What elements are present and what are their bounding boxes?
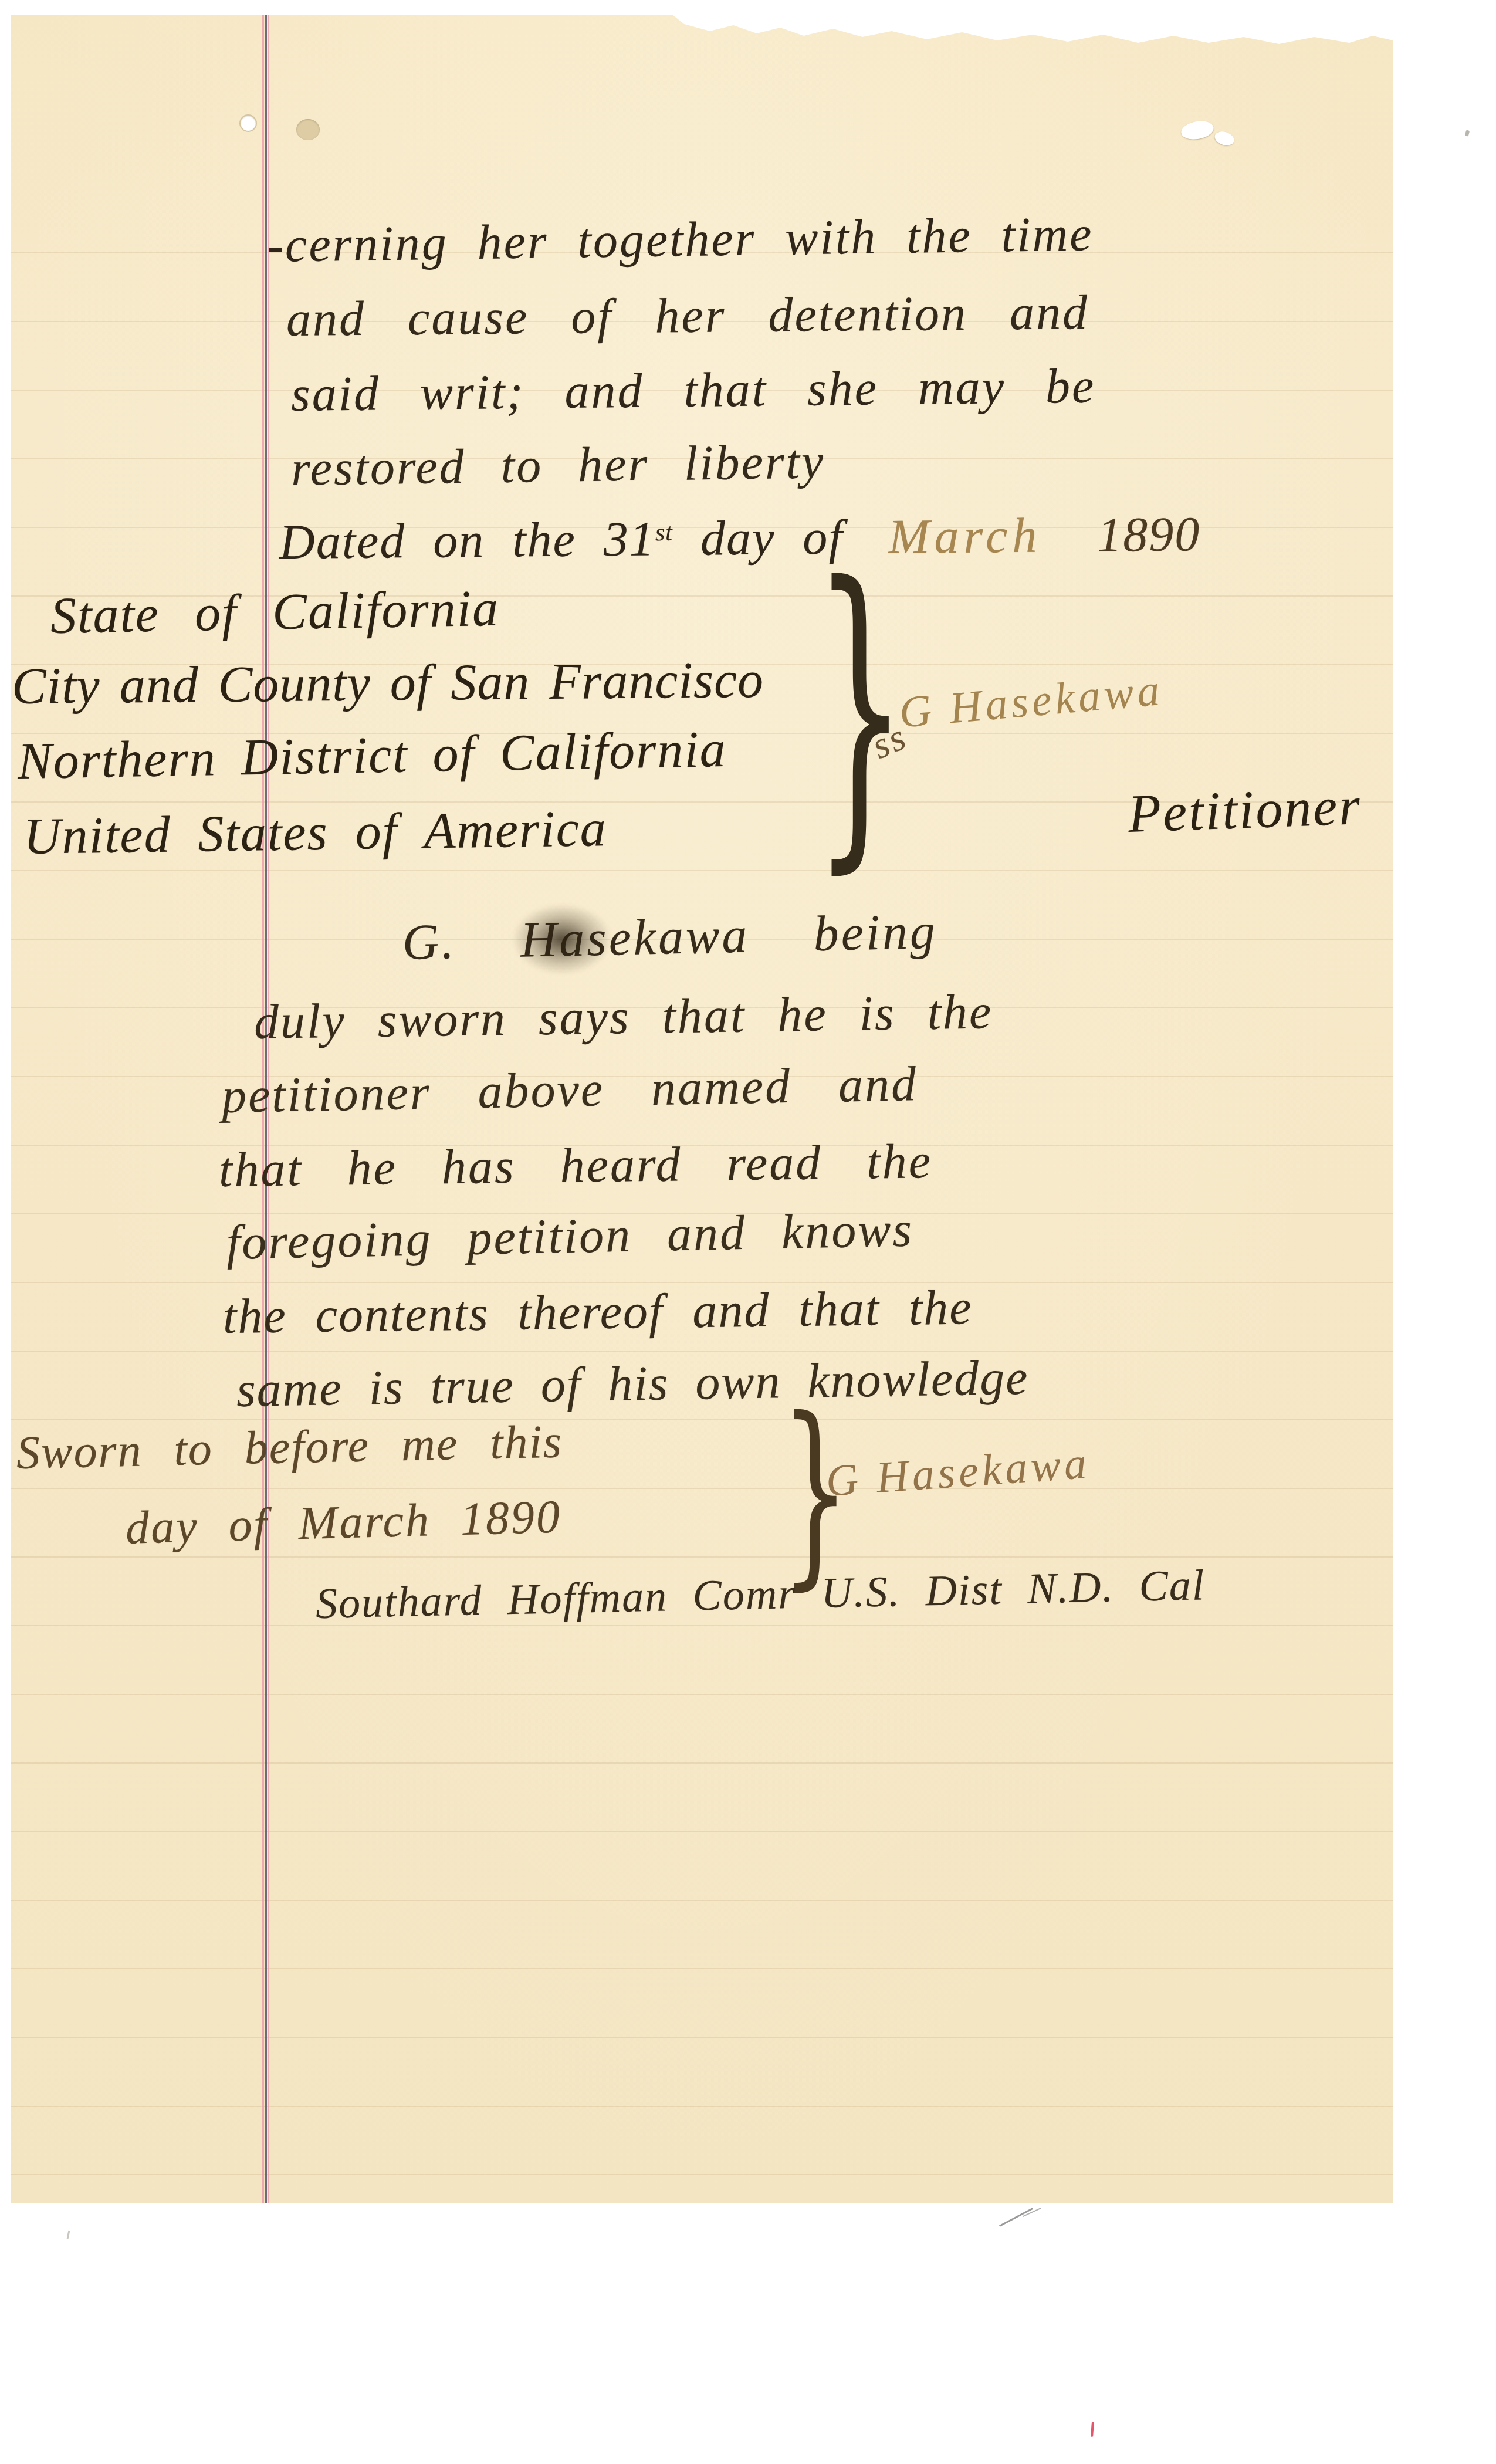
dated-ordinal: st: [655, 519, 673, 546]
affidavit-line: petitioner above named and: [221, 1060, 918, 1121]
venue-signature: G Hasekawa: [898, 668, 1165, 735]
jurat-signature: G Hasekawa: [824, 1441, 1091, 1504]
jurat-line: Sworn to before me this: [16, 1419, 563, 1477]
dated-prefix: Dated on the 31: [279, 512, 656, 570]
paper-nick: [1180, 119, 1215, 141]
punch-hole: [241, 116, 256, 131]
venue-line: City and County of San Francisco: [12, 655, 764, 713]
ink-blot: [512, 904, 612, 974]
body-line: said writ; and that she may be: [291, 362, 1096, 419]
paper-blemish: [296, 119, 320, 140]
affidavit-line: foregoing petition and knows: [226, 1206, 914, 1268]
venue-line: State of California: [50, 583, 500, 642]
dated-year: 1890: [1097, 507, 1201, 563]
stray-mark: [1465, 130, 1470, 136]
dated-line: Dated on the 31st day of March 1890: [279, 510, 1201, 567]
affidavit-line: the contents thereof and that the: [222, 1283, 973, 1342]
venue-line: United States of America: [23, 803, 607, 863]
venue-brace: }: [813, 578, 907, 841]
stray-mark-red: [1091, 2422, 1094, 2437]
scan-background: { "colors": { "paper": "#f6e8c7", "backg…: [0, 0, 1496, 2464]
document-page: -cerning her together with the time and …: [11, 15, 1393, 2203]
body-line: restored to her liberty: [290, 437, 825, 494]
stray-mark: [999, 2208, 1033, 2227]
venue-line: Northern District of California: [17, 724, 727, 788]
body-line: and cause of her detention and: [286, 288, 1089, 344]
jurat-line: day of March 1890: [125, 1494, 562, 1552]
paper-nick: [1213, 129, 1236, 147]
officer-signature-line: Southard Hoffman Comr U.S. Dist N.D. Cal: [315, 1563, 1206, 1626]
petitioner-label: Petitioner: [1127, 779, 1362, 841]
dated-month: March: [888, 509, 1042, 564]
stray-mark: [67, 2231, 70, 2239]
affidavit-line: G. Hasekawa being: [402, 906, 938, 967]
affidavit-line: duly sworn says that he is the: [253, 987, 993, 1047]
affidavit-line: same is true of his own knowledge: [236, 1353, 1029, 1415]
affidavit-line: that he has heard read the: [218, 1137, 932, 1195]
body-line: -cerning her together with the time: [266, 209, 1093, 270]
